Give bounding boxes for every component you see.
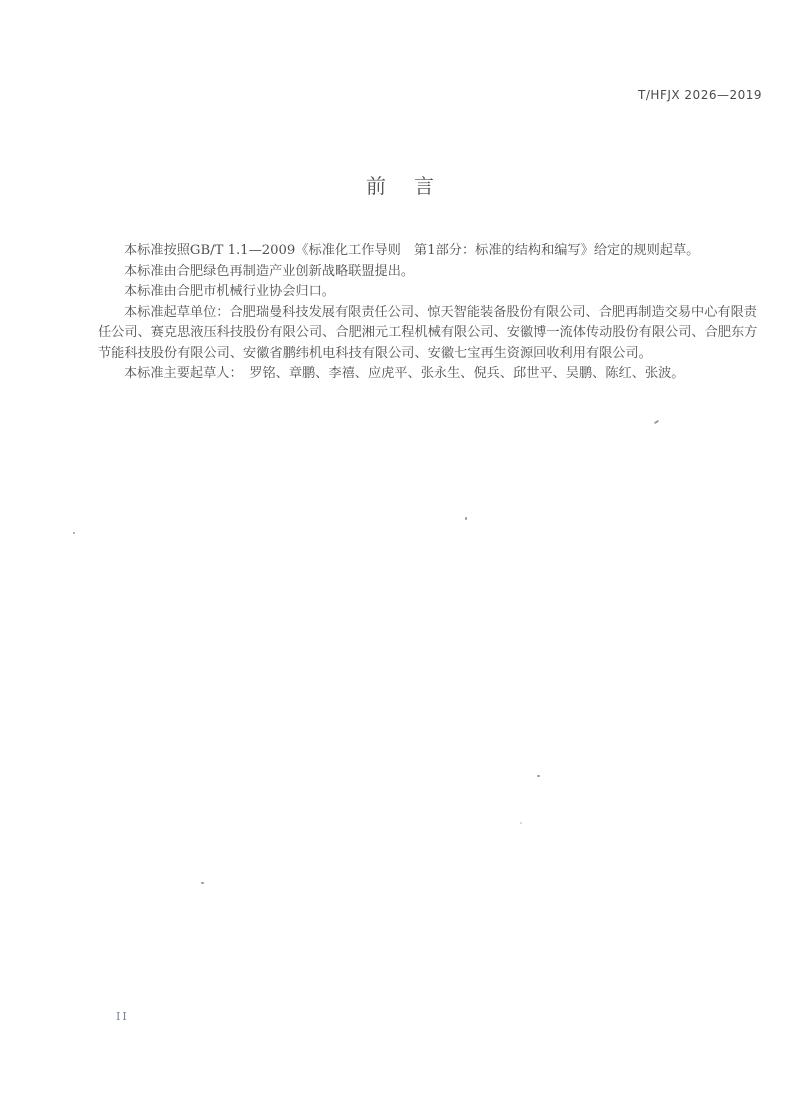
foreword-body: 本标准按照GB/T 1.1—2009《标准化工作导则 第1部分：标准的结构和编写… (98, 241, 758, 385)
scan-speck (520, 822, 522, 824)
document-code: T/HFJX 2026—2019 (638, 88, 762, 102)
paragraph-proposed-by: 本标准由合肥绿色再制造产业创新战略联盟提出。 (98, 262, 758, 283)
paragraph-main-drafters: 本标准主要起草人： 罗铭、章鹏、李禧、应虎平、张永生、倪兵、邱世平、吴鹏、陈红、… (98, 364, 758, 385)
page-number: II (116, 1010, 129, 1023)
scan-speck (73, 532, 75, 534)
scan-speck (537, 775, 540, 777)
paragraph-drafting-units: 本标准起草单位：合肥瑞曼科技发展有限责任公司、惊天智能装备股份有限公司、合肥再制… (98, 303, 758, 365)
scan-speck (654, 420, 659, 425)
page-title: 前言 (0, 170, 800, 199)
paragraph-centralized-by: 本标准由合肥市机械行业协会归口。 (98, 282, 758, 303)
paragraph-drafting-rules: 本标准按照GB/T 1.1—2009《标准化工作导则 第1部分：标准的结构和编写… (98, 241, 758, 262)
scan-speck (201, 882, 204, 884)
scan-speck (465, 517, 467, 520)
